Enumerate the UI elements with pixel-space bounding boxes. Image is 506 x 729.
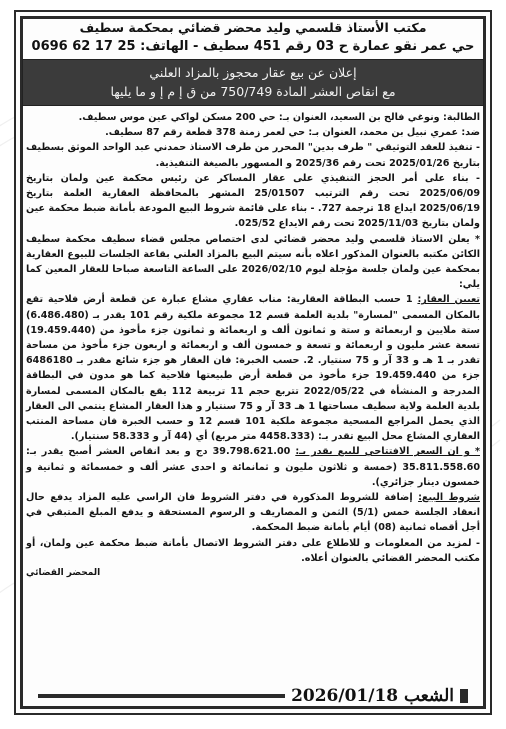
signature-row: المحضر القضائي — [26, 566, 480, 581]
paragraph-defendant: ضد: عمري نبيل بن محمد، العنوان بـ: حي لع… — [26, 125, 480, 140]
property-text: 1 حسب البطاقة العقارية: مناب عقاري مشاع … — [26, 294, 480, 442]
sale-conditions-label: شروط البيع: — [418, 492, 480, 503]
paragraph-opening-price: * و ان السعر الافتتاحي للبيع يقدر بـ: 39… — [26, 444, 480, 490]
footer-bar-decoration — [460, 689, 468, 703]
announcement-content: مكتب الأستاذ قلسمي وليد محضر قضائي بمحكم… — [26, 18, 480, 675]
plaintiff-text: ونوغي فالح بن السعيد، العنوان بـ: حي 200… — [79, 112, 443, 123]
publication-name: الشعب 2026/01/18 — [287, 686, 458, 706]
paragraph-seizure-order: - بناء على أمر الحجز التنفيذي على عقار ا… — [26, 171, 480, 232]
publication-date: 2026/01/18 — [291, 686, 398, 706]
footer-rule — [38, 694, 285, 698]
paragraph-property-description: تعيين العقار: 1 حسب البطاقة العقارية: من… — [26, 292, 480, 444]
closing-row: - لمزيد من المعلومات و للاطلاع على دفتر … — [26, 536, 480, 566]
paragraph-auction-notice: * يعلن الاستاذ قلسمي وليد محضر قضائي لدى… — [26, 232, 480, 293]
opening-price-label: * و ان السعر الافتتاحي للبيع يقدر بـ: — [295, 446, 480, 457]
office-header: مكتب الأستاذ قلسمي وليد محضر قضائي بمحكم… — [26, 18, 480, 56]
publication-title: الشعب — [404, 686, 454, 706]
paragraph-notarial-deed: - تنفيذ للعقد التوثيقي " طرف بدين" المحر… — [26, 140, 480, 170]
announcement-subtitle: مع انقاص العشر المادة 750/749 من ق إ م إ… — [27, 82, 479, 101]
announcement-page: مكتب الأستاذ قلسمي وليد محضر قضائي بمحكم… — [14, 10, 492, 715]
signature: المحضر القضائي — [26, 566, 100, 581]
sale-conditions-text: إضافة للشروط المذكورة في دفتر الشروط فان… — [26, 492, 480, 533]
announcement-title: إعلان عن بيع عقار محجوز بالمزاد العلني — [27, 63, 479, 82]
property-label: تعيين العقار: — [417, 294, 480, 305]
office-name: مكتب الأستاذ قلسمي وليد محضر قضائي بمحكم… — [26, 18, 480, 37]
paragraph-sale-conditions: شروط البيع: إضافة للشروط المذكورة في دفت… — [26, 490, 480, 536]
defendant-text: عمري نبيل بن محمد، العنوان بـ: حي لعمر ز… — [105, 127, 461, 138]
paragraph-more-info: - لمزيد من المعلومات و للاطلاع على دفتر … — [26, 536, 480, 566]
announcement-body: الطالبة: ونوغي فالح بن السعيد، العنوان ب… — [26, 110, 480, 581]
defendant-label: ضد: — [461, 127, 480, 138]
plaintiff-label: الطالبة: — [443, 112, 480, 123]
publication-footer: الشعب 2026/01/18 — [38, 683, 468, 709]
paragraph-plaintiff: الطالبة: ونوغي فالح بن السعيد، العنوان ب… — [26, 110, 480, 125]
office-address: حي عمر نقو عمارة ح 03 رقم 451 سطيف - اله… — [26, 37, 480, 56]
title-banner: إعلان عن بيع عقار محجوز بالمزاد العلني م… — [22, 59, 484, 106]
